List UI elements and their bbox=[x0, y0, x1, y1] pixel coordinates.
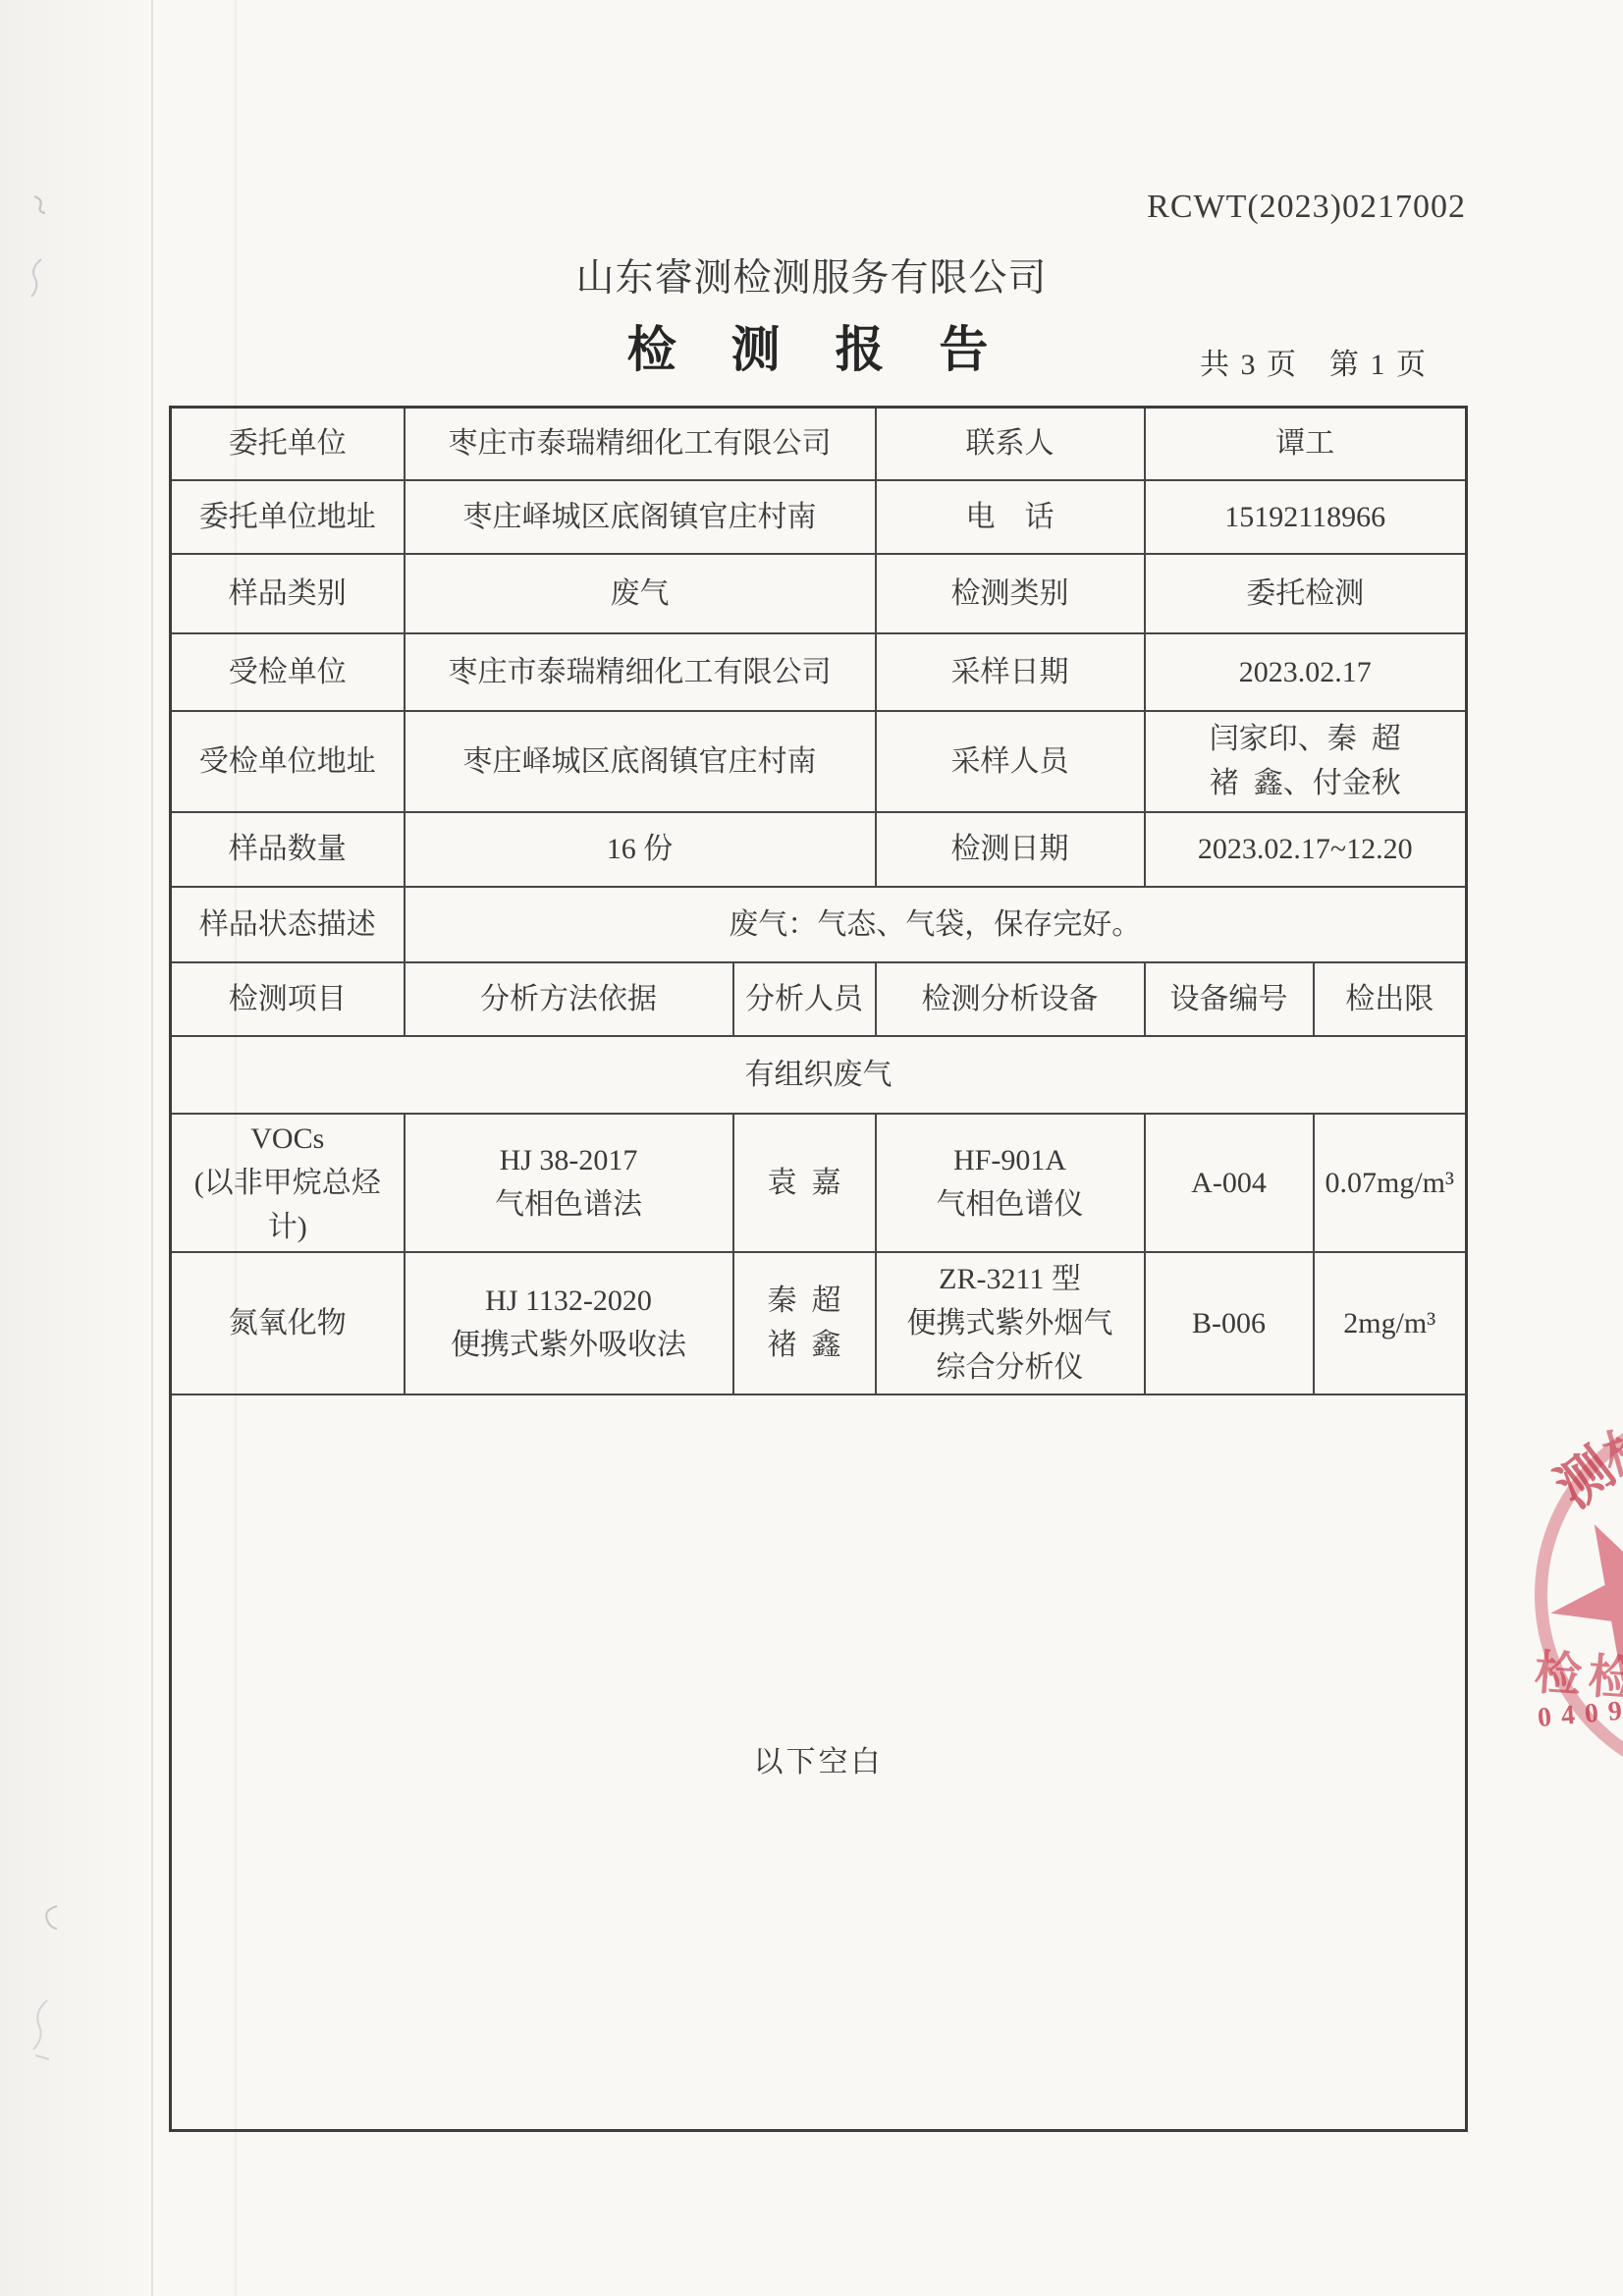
table-row: 受检单位地址 枣庄峄城区底阁镇官庄村南 采样人员 闫家印、秦 超 褚 鑫、付金秋 bbox=[171, 711, 1467, 812]
report-info-table: 委托单位 枣庄市泰瑞精细化工有限公司 联系人 谭工 委托单位地址 枣庄峄城区底阁… bbox=[169, 406, 1468, 2132]
header-item: 检测项目 bbox=[171, 962, 405, 1036]
detail-row: VOCs (以非甲烷总烃计) HJ 38-2017 气相色谱法 袁 嘉 HF-9… bbox=[171, 1114, 1467, 1252]
client-value: 枣庄市泰瑞精细化工有限公司 bbox=[405, 408, 876, 480]
detail-limit: 0.07mg/m³ bbox=[1314, 1114, 1467, 1252]
test-date-label: 检测日期 bbox=[876, 812, 1145, 887]
detail-equip-no: A-004 bbox=[1145, 1114, 1314, 1252]
inspected-address-value: 枣庄峄城区底阁镇官庄村南 bbox=[405, 711, 876, 812]
table-row: 委托单位地址 枣庄峄城区底阁镇官庄村南 电 话 15192118966 bbox=[171, 480, 1467, 554]
sampling-date-label: 采样日期 bbox=[876, 633, 1145, 711]
detail-method: HJ 38-2017 气相色谱法 bbox=[405, 1114, 733, 1252]
blank-below-note: 以下空白 bbox=[171, 1394, 1467, 2131]
header-equip-no: 设备编号 bbox=[1145, 962, 1314, 1036]
detail-analyst: 秦 超 褚 鑫 bbox=[733, 1252, 876, 1394]
pencil-mark bbox=[41, 1903, 63, 1933]
sample-status-value: 废气：气态、气袋，保存完好。 bbox=[405, 887, 1467, 962]
pencil-mark bbox=[31, 192, 53, 216]
contact-label: 联系人 bbox=[876, 408, 1145, 480]
detail-item: 氮氧化物 bbox=[171, 1252, 405, 1394]
sampling-date-value: 2023.02.17 bbox=[1145, 633, 1467, 711]
table-row: 样品数量 16 份 检测日期 2023.02.17~12.20 bbox=[171, 812, 1467, 887]
table-row: 样品类别 废气 检测类别 委托检测 bbox=[171, 554, 1467, 633]
detail-method: HJ 1132-2020 便携式紫外吸收法 bbox=[405, 1252, 733, 1394]
inspected-address-label: 受检单位地址 bbox=[171, 711, 405, 812]
client-address-label: 委托单位地址 bbox=[171, 480, 405, 554]
section-row: 有组织废气 bbox=[171, 1036, 1467, 1114]
detail-limit: 2mg/m³ bbox=[1314, 1252, 1467, 1394]
test-category-label: 检测类别 bbox=[876, 554, 1145, 633]
header-method: 分析方法依据 bbox=[405, 962, 733, 1036]
sampling-staff-value: 闫家印、秦 超 褚 鑫、付金秋 bbox=[1145, 711, 1467, 812]
inspected-unit-label: 受检单位 bbox=[171, 633, 405, 711]
detail-header-row: 检测项目 分析方法依据 分析人员 检测分析设备 设备编号 检出限 bbox=[171, 962, 1467, 1036]
sample-status-label: 样品状态描述 bbox=[171, 887, 405, 962]
table-row: 受检单位 枣庄市泰瑞精细化工有限公司 采样日期 2023.02.17 bbox=[171, 633, 1467, 711]
sample-type-value: 废气 bbox=[405, 554, 876, 633]
client-label: 委托单位 bbox=[171, 408, 405, 480]
sample-count-value: 16 份 bbox=[405, 812, 876, 887]
company-name: 山东睿测检测服务有限公司 bbox=[0, 247, 1623, 302]
client-address-value: 枣庄峄城区底阁镇官庄村南 bbox=[405, 480, 876, 554]
detail-row: 氮氧化物 HJ 1132-2020 便携式紫外吸收法 秦 超 褚 鑫 ZR-32… bbox=[171, 1252, 1467, 1394]
detail-equipment: HF-901A 气相色谱仪 bbox=[876, 1114, 1145, 1252]
contact-value: 谭工 bbox=[1145, 408, 1467, 480]
test-category-value: 委托检测 bbox=[1145, 554, 1467, 633]
detail-equipment: ZR-3211 型 便携式紫外烟气 综合分析仪 bbox=[876, 1252, 1145, 1394]
header-analyst: 分析人员 bbox=[733, 962, 876, 1036]
phone-label: 电 话 bbox=[876, 480, 1145, 554]
header-equipment: 检测分析设备 bbox=[876, 962, 1145, 1036]
section-title: 有组织废气 bbox=[171, 1036, 1467, 1114]
header-limit: 检出限 bbox=[1314, 962, 1467, 1036]
pencil-mark bbox=[27, 1998, 57, 2061]
sampling-staff-label: 采样人员 bbox=[876, 711, 1145, 812]
inspected-unit-value: 枣庄市泰瑞精细化工有限公司 bbox=[405, 633, 876, 711]
table-row: 委托单位 枣庄市泰瑞精细化工有限公司 联系人 谭工 bbox=[171, 408, 1467, 480]
detail-item: VOCs (以非甲烷总烃计) bbox=[171, 1114, 405, 1252]
table-row: 样品状态描述 废气：气态、气袋，保存完好。 bbox=[171, 887, 1467, 962]
phone-value: 15192118966 bbox=[1145, 480, 1467, 554]
page-count: 共 3 页 第 1 页 bbox=[1200, 340, 1428, 383]
sample-count-label: 样品数量 bbox=[171, 812, 405, 887]
detail-equip-no: B-006 bbox=[1145, 1252, 1314, 1394]
sample-type-label: 样品类别 bbox=[171, 554, 405, 633]
detail-analyst: 袁 嘉 bbox=[733, 1114, 876, 1252]
scanned-report-page: RCWT(2023)0217002 山东睿测检测服务有限公司 检 测 报 告 共… bbox=[0, 0, 1623, 2296]
test-date-value: 2023.02.17~12.20 bbox=[1145, 812, 1467, 887]
blank-row: 以下空白 bbox=[171, 1394, 1467, 2131]
report-number: RCWT(2023)0217002 bbox=[1147, 189, 1466, 226]
